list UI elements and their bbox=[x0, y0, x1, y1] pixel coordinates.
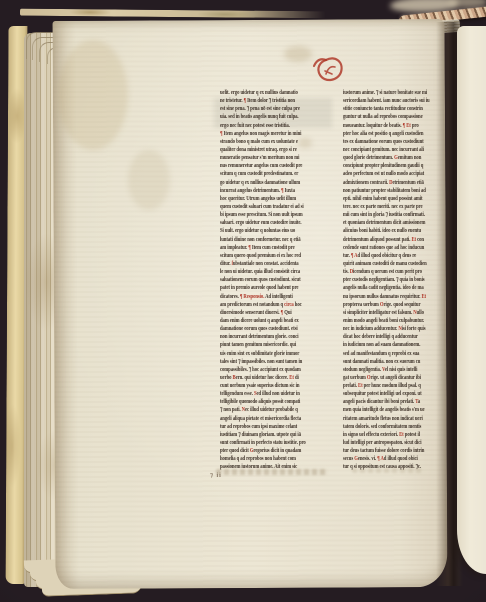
text-line: si simpliciter intelligatur est falsum. … bbox=[343, 309, 445, 317]
text-line: nu ipsorum nullus damnatus requiritur. E… bbox=[343, 293, 445, 301]
text-line: tales sint ⁊ impassibiles. non sunt tame… bbox=[220, 358, 330, 366]
rubric-mark: Et bbox=[399, 431, 404, 438]
text-line: pter quod dicit Gregorius dicit in quada… bbox=[220, 447, 330, 455]
text-line: telligendum esse. Sed illud non uidetur … bbox=[220, 390, 330, 398]
page-stain bbox=[128, 150, 170, 210]
text-line: dam enim dicere uolunt q angeli beati ex bbox=[220, 317, 330, 325]
rubric-mark: ¶ Et bbox=[403, 122, 411, 129]
text-line: ne tristetur. ¶ Item dolor ⁊ tristitia n… bbox=[220, 97, 330, 105]
page-stain bbox=[284, 46, 312, 62]
rubric-mark: T bbox=[415, 398, 418, 405]
show-through-text bbox=[216, 469, 328, 475]
text-line: bi ipsum esse prescitum. Si non uult ips… bbox=[220, 211, 330, 219]
text-line: non incurrant detrimentum glorie. conci bbox=[220, 333, 330, 341]
text-line: ⁊ non pati. Nec illud uidetur probabile … bbox=[220, 406, 330, 414]
text-line: uis enim sint ex sublimitate glorie immo… bbox=[220, 350, 330, 358]
rubric-mark: Et bbox=[289, 374, 294, 381]
text-line: go uidetur q ex nullius damnatione ullum bbox=[220, 179, 330, 187]
text-line: strando bono q malo cum ex uoluntate e bbox=[220, 138, 330, 146]
text-line: gat uerbum Orige. ut angeli dicantur ibi bbox=[343, 374, 445, 382]
text-line: scitum q cum custodit predestinatum. er bbox=[220, 170, 330, 178]
text-line: saluari. ergo uidetur eum custodire inui… bbox=[220, 219, 330, 227]
rubric-mark: G bbox=[250, 447, 254, 454]
text-line: tere. nec ex parte meriti. nec ex parte … bbox=[343, 203, 445, 211]
text-line: angelis nulla cadit negligentia. ideo de… bbox=[343, 284, 445, 292]
text-line: est sine pena. ⁊ pena nō est sine culpa … bbox=[220, 105, 330, 113]
text-line: nus remuneretur angelus cum custodit pre bbox=[220, 162, 330, 170]
rubric-mark: S bbox=[254, 390, 257, 397]
text-column-left: uelit. ergo uidetur q ex nullius damnati… bbox=[220, 89, 330, 472]
text-line: sunt damnati malitia. non ex suorum cu bbox=[343, 358, 445, 366]
text-column-right: iustorum anime. ⁊ si nature bonitate sue… bbox=[343, 89, 445, 472]
text-line: secus Genesis. vi. ¶ Ad illud quod obici bbox=[343, 455, 445, 463]
rubric-mark: Et bbox=[421, 293, 426, 300]
text-line: diuersimode senserunt diuersi. ¶ Qui bbox=[220, 309, 330, 317]
text-line: moueantur. loquitur de beatis. ¶ Et pro bbox=[343, 122, 445, 130]
text-line: tis. Dicendum q uerum est cum perit pro bbox=[343, 268, 445, 276]
text-line: cedende sunt rationes que ad hoc inducun bbox=[343, 244, 445, 252]
rubric-mark: ¶ bbox=[244, 97, 246, 104]
text-line: detrimentum aliquod possunt pati. Et con bbox=[343, 236, 445, 244]
text-line: ritatem amaritudo fletus non indicat uer… bbox=[343, 415, 445, 423]
text-line: tatem doloris. sed conformitatem mentis bbox=[343, 423, 445, 431]
rubric-mark: O bbox=[367, 374, 371, 381]
text-line: in iudicium non ad suam damnationem. bbox=[343, 341, 445, 349]
text-line: stitie coniuncto tanta rectitudine const… bbox=[343, 105, 445, 113]
text-line: stodum negligentia. Vel nisi quis intell… bbox=[343, 366, 445, 374]
rubric-mark: circa bbox=[284, 301, 294, 308]
circled-flourish-mark-icon bbox=[311, 53, 349, 87]
text-line: damnatione eorum quos custodiunt. etsi bbox=[220, 325, 330, 333]
text-line: am impleatur. ¶ Item cum custodit pre bbox=[220, 244, 330, 252]
rubric-mark: B bbox=[233, 374, 236, 381]
text-line: Si uult. ergo uidetur q uoluntas eius uo bbox=[220, 227, 330, 235]
text-line: nec concipiant gemitum. nec incurrant al… bbox=[343, 146, 445, 154]
text-line: patet in premio aureole quod habent pre bbox=[220, 284, 330, 292]
rubric-mark: ¶ bbox=[281, 187, 283, 194]
text-line: mii cum sint in gloria ⁊ iustitia confir… bbox=[343, 211, 445, 219]
book-photo: uelit. ergo uidetur q ex nullius damnati… bbox=[0, 0, 486, 602]
text-line: uerbo Bern. qui uidetur hoc dicere. Et d… bbox=[220, 374, 330, 382]
text-line: pter custodis negligentiam. ⁊ quia in bo… bbox=[343, 276, 445, 284]
text-line: dicatores. ¶ Responsio. Ad intelligenti bbox=[220, 293, 330, 301]
text-line: piunt tamen gemitum misericordie. qui bbox=[220, 341, 330, 349]
show-through-text bbox=[352, 468, 422, 473]
rubric-mark: N bbox=[413, 309, 416, 316]
text-line: angeli aliqua pietate et misericordia fl… bbox=[220, 415, 330, 423]
rubric-mark: D bbox=[350, 268, 353, 275]
text-line: epti. nihil enim habent quod possint ami… bbox=[343, 195, 445, 203]
text-line: homelia q ad reprobos non habent com bbox=[220, 455, 330, 463]
rubric-mark: N bbox=[242, 406, 245, 413]
rubric-mark: V bbox=[382, 366, 385, 373]
page-stain bbox=[58, 40, 128, 150]
text-line: et quoniam detrimentum dicit amissionem bbox=[343, 219, 445, 227]
text-line: tur ad reprobos cum ipsi maxime celant bbox=[220, 423, 330, 431]
rubric-mark: G bbox=[394, 154, 398, 161]
rubric-mark: ¶ A bbox=[377, 455, 384, 462]
text-line: iustorum anime. ⁊ si nature bonitate sue… bbox=[343, 89, 445, 97]
text-line: sunt confirmati in perfecto statu iustit… bbox=[220, 439, 330, 447]
rubric-mark: ſ bbox=[232, 260, 233, 267]
rubric-mark: Et bbox=[358, 382, 363, 389]
rubric-mark: ¶ A bbox=[351, 252, 358, 259]
rubric-mark: D bbox=[389, 179, 392, 186]
text-line: admixtionem contrarii. Detrimentum etiā bbox=[343, 179, 445, 187]
text-line: quirit animam custoditi de manu custodie… bbox=[343, 260, 445, 268]
cover-head-edge bbox=[20, 9, 332, 19]
text-line: enim modo angeli beati boni culpabuntur. bbox=[343, 317, 445, 325]
text-line: ¶ Item angelus non magis meretur in mini bbox=[220, 130, 330, 138]
text-line: uia. sed in beatis angelis nunq fuit cul… bbox=[220, 113, 330, 121]
text-line: ergo nec fuit nec potest esse tristitia. bbox=[220, 122, 330, 130]
text-line: sericordiam habent. iam nunc auctoris su… bbox=[343, 97, 445, 105]
text-line: in signo uel effectu exteriori. Et potes… bbox=[343, 431, 445, 439]
text-line: muneratio pensatur s'm meritum non mi bbox=[220, 154, 330, 162]
text-line: compassibiles. ⁊ hoc accipiunt ex quodam bbox=[220, 366, 330, 374]
rubric-mark: O bbox=[380, 301, 384, 308]
text-line: qualiter dona ministret utraq. ergo si r… bbox=[220, 146, 330, 154]
text-line: luntati diuine non conformetur. nec q et… bbox=[220, 236, 330, 244]
text-line: prelati. Et per hunc modum illud psal. q bbox=[343, 382, 445, 390]
text-line: incurrat angelus detrimentum. ¶ Iuxta bbox=[220, 187, 330, 195]
text-line: angeli pacis dicantur ibi boni prelati. … bbox=[343, 398, 445, 406]
text-line: iustitiam ⁊ diuinam gloriam. utpote qui … bbox=[220, 431, 330, 439]
text-line: concipiunt propter plenitudinem gaudii q bbox=[343, 162, 445, 170]
text-line: tur deus tactum fuisse dolore cordis int… bbox=[343, 447, 445, 455]
rubric-mark: ¶ Responsio. bbox=[240, 293, 264, 300]
text-line: cunt uerbum ysaie superius dictum sic in bbox=[220, 382, 330, 390]
rubric-mark: N bbox=[398, 325, 401, 332]
text-line: pter hoc alia est positio q angeli custo… bbox=[343, 130, 445, 138]
rubric-mark: ¶ bbox=[248, 244, 250, 251]
rubric-mark: Et bbox=[411, 236, 416, 243]
text-line: non patiuntur propter stabilitatem boni … bbox=[343, 187, 445, 195]
text-line: tes ex damnatione eorum quos custodiunt bbox=[343, 138, 445, 146]
text-line: lud intelligi per antropospaton. sicut d… bbox=[343, 439, 445, 447]
text-line: quem custodit saluari cum tradatur ei ad… bbox=[220, 203, 330, 211]
text-line: le non ui uidetur. quia illud consistit … bbox=[220, 268, 330, 276]
text-line: saluationem eorum quos custodiunt. sicut bbox=[220, 276, 330, 284]
text-line: subsequitur potest intelligi uel exponi.… bbox=[343, 390, 445, 398]
text-line: hoc queritur. Utrum angelus uelit illum bbox=[220, 195, 330, 203]
facing-page-edge bbox=[457, 26, 486, 574]
rubric-mark: ¶ bbox=[281, 309, 283, 316]
quire-signature: ⁊ ii bbox=[210, 472, 222, 479]
text-line: dicat hoc debere intelligi q adducentur bbox=[343, 333, 445, 341]
rubric-mark: G bbox=[354, 455, 358, 462]
text-line: guntur ut nulla ad reprobos compassione bbox=[343, 113, 445, 121]
text-line: sed ad manifestandum q reprobi ex sua bbox=[343, 350, 445, 358]
text-line: alicuius boni habiti. ideo ex nullo euen… bbox=[343, 227, 445, 235]
text-line: uelit. ergo uidetur q ex nullius damnati… bbox=[220, 89, 330, 97]
text-line: scitum quero quod premium ei ex hoc red bbox=[220, 252, 330, 260]
text-line: propterea uerbum Orige. quod sequitur bbox=[343, 301, 445, 309]
text-line: ditur. ſubstantiale non constat. acciden… bbox=[220, 260, 330, 268]
text-line: tur. ¶ Ad illud quod obicitur q deus re bbox=[343, 252, 445, 260]
text-line: am predictorum est notandum q circa hoc bbox=[220, 301, 330, 309]
text-line: adeo perfectum est ut nullo modo accipia… bbox=[343, 170, 445, 178]
text-line: telligibile quomodo aliquis possit compa… bbox=[220, 398, 330, 406]
text-line: nec in iudicium adducentur. Nisi forte q… bbox=[343, 325, 445, 333]
text-line: quod glorie detrimentum. Gemitum non bbox=[343, 154, 445, 162]
text-line: men quia intelligit de angelis beatis s'… bbox=[343, 406, 445, 414]
rubric-mark: ¶ bbox=[220, 130, 222, 137]
